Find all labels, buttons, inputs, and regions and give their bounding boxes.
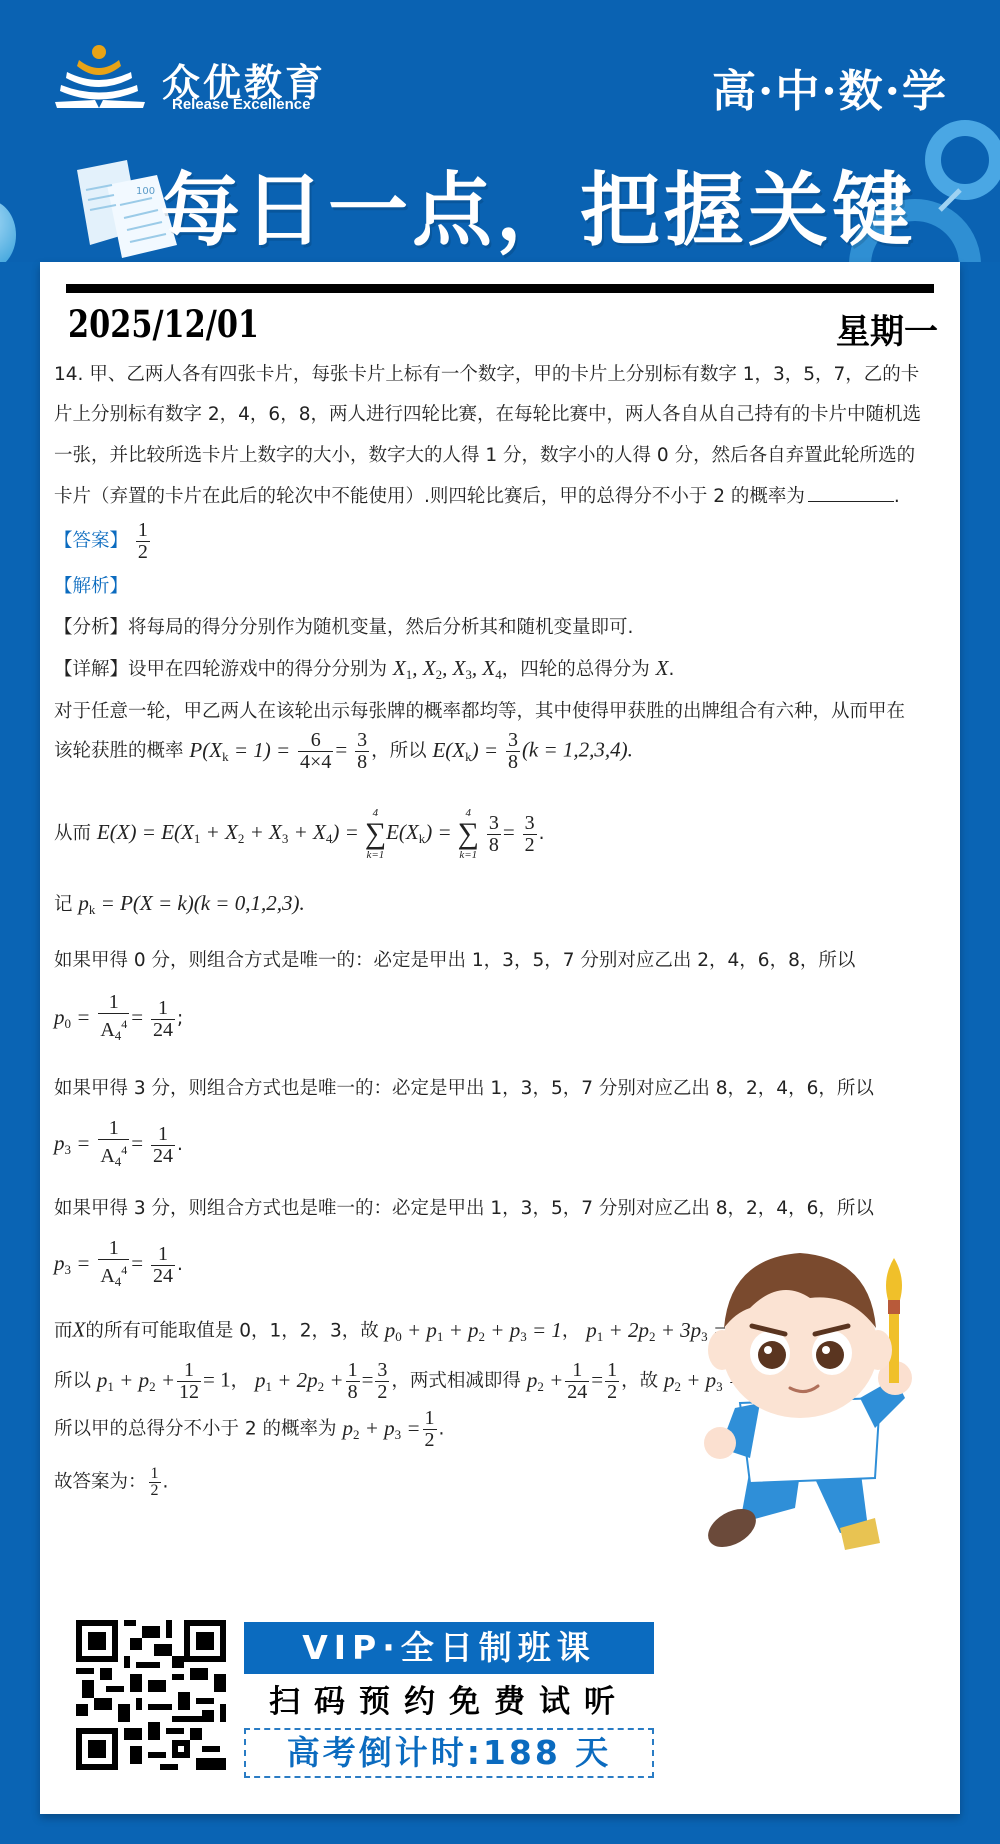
weekday-label: 星期一 [836,304,938,353]
countdown-days: 188 [483,1733,561,1772]
any-round-line: 对于任意一轮，甲乙两人在该轮出示每张牌的概率都均等，其中使得甲获胜的出牌组合有六… [54,697,905,723]
slogan-title: 每日一点，把握关键 [160,146,916,261]
case-3b-line: 如果甲得 3 分，则组合方式也是唯一的：必定是甲出 1，3，5，7 分别对应乙出… [54,1194,874,1220]
svg-text:100: 100 [136,186,155,197]
divider-bar [66,284,934,293]
problem-number: 14. [54,364,83,385]
header-banner: 众优教育 Release Excellence 高·中·数·学 100 每日一点… [0,0,1000,262]
vip-class-banner: VIP·全日制班课 [244,1622,654,1674]
fenxi-line: 【分析】将每局的得分分别作为随机变量，然后分析其和随机变量即可. [54,613,633,639]
expectation-line: 从而 E(X) = E(X1 + X2 + X3 + X4) = 4∑k=1E(… [54,806,544,862]
p0-formula: p0 = 1A44= 124; [54,992,183,1046]
analysis-tag: 【解析】 [54,572,128,598]
answer-tag: 【答案】 [54,531,128,552]
brand-logo-icon [55,42,150,112]
answer-line: 【答案】 12 [54,520,152,563]
problem-line-3: 一张，并比较所选卡片上数字的大小，数字大的人得 1 分，数字小的人得 0 分，然… [54,441,915,467]
final-probability-line: 所以甲的总得分不小于 2 的概率为 p2 + p3 =12. [54,1408,444,1451]
xiangjie-line: 【详解】设甲在四轮游戏中的得分分别为 X1, X2, X3, X4，四轮的总得分… [54,655,674,683]
case-0-line: 如果甲得 0 分，则组合方式是唯一的：必定是甲出 1，3，5，7 分别对应乙出 … [54,946,855,972]
promo-section: VIP·全日制班课 扫码预约免费试听 高考倒计时:188 天 [40,1620,960,1780]
case-3-line: 如果甲得 3 分，则组合方式也是唯一的：必定是甲出 1，3，5，7 分别对应乙出… [54,1074,874,1100]
date-label: 2025/12/01 [68,302,259,346]
brand-name-en: Release Excellence [172,96,310,113]
qr-code-icon[interactable] [76,1620,226,1770]
system-line: 所以 p1 + p2 +112= 1， p1 + 2p2 +18=32，两式相减… [54,1360,766,1403]
conclusion-line: 故答案为：12. [54,1466,168,1499]
round-prob-line: 该轮获胜的概率 P(Xk = 1) = 64×4= 38，所以 E(Xk) = … [54,730,633,773]
mascot-illustration-icon [690,1238,930,1558]
problem-line-1: 14. 甲、乙两人各有四张卡片，每张卡片上标有一个数字，甲的卡片上分别标有数字 … [54,360,919,386]
answer-blank [808,501,894,502]
content-card: 2025/12/01 星期一 14. 甲、乙两人各有四张卡片，每张卡片上标有一个… [40,262,960,1814]
p3-formula: p3 = 1A44= 124. [54,1118,183,1172]
problem-line-4: 卡片（弃置的卡片在此后的轮次中不能使用）.则四轮比赛后，甲的总得分不小于 2 的… [54,482,900,508]
problem-line-2: 片上分别标有数字 2，4，6，8，两人进行四轮比赛，在每轮比赛中，两人各自从自己… [54,400,921,426]
p3b-formula: p3 = 1A44= 124. [54,1238,183,1292]
answer-fraction: 12 [136,520,150,563]
decorative-ball [0,200,16,262]
pk-definition-line: 记 pk = P(X = k)(k = 0,1,2,3). [54,890,305,918]
exam-countdown: 高考倒计时:188 天 [244,1728,654,1778]
scan-trial-text: 扫码预约免费试听 [244,1680,654,1724]
